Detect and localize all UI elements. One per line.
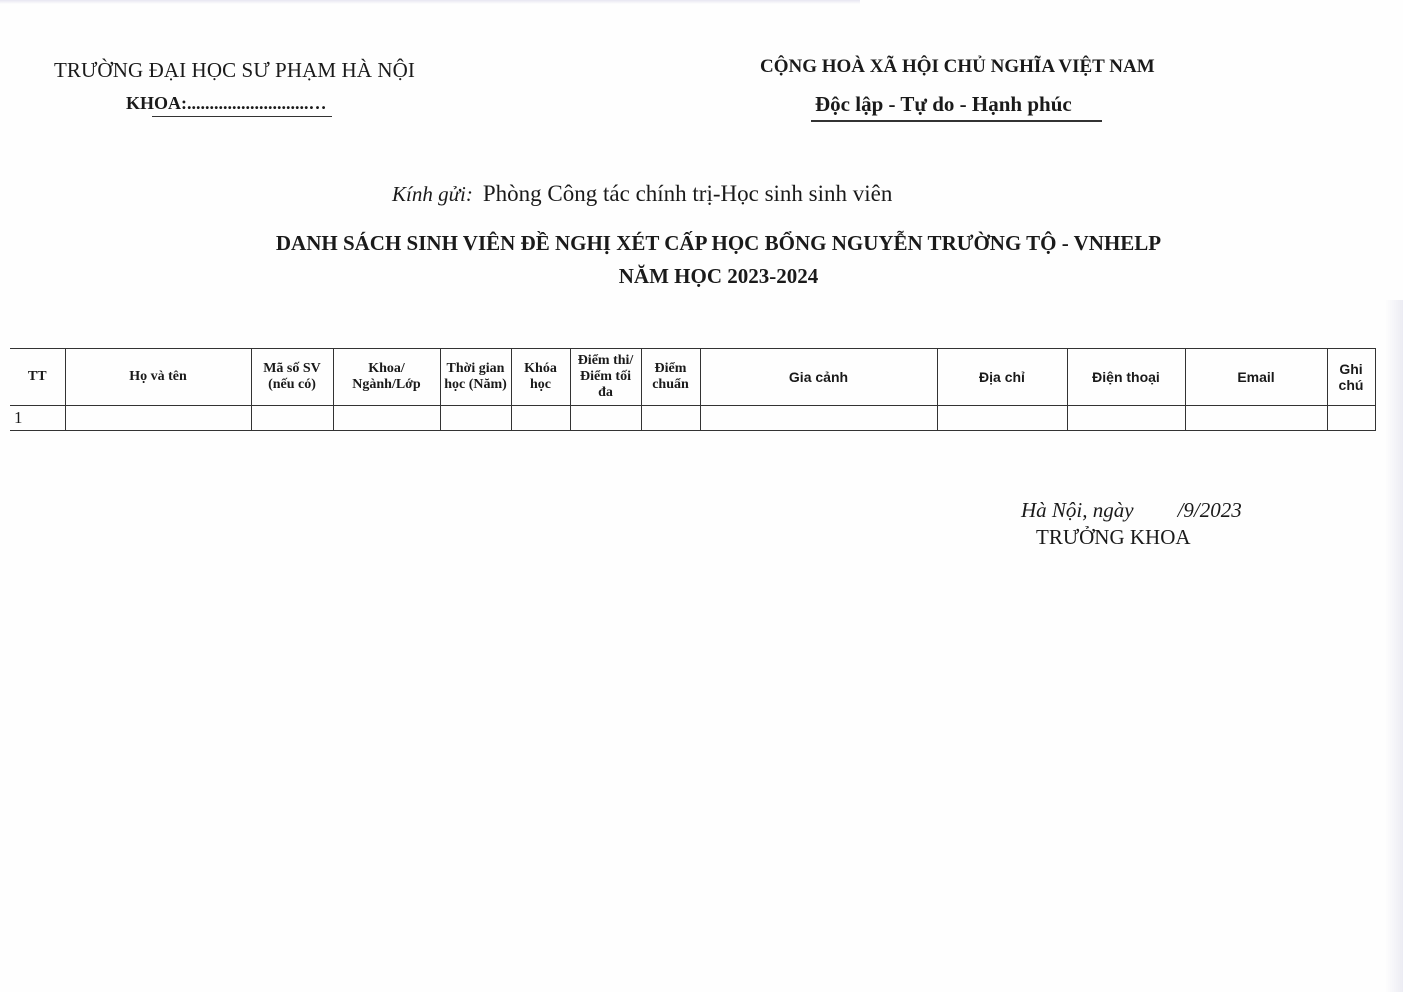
cell-family-circumstances — [700, 406, 937, 431]
student-list-table: TT Họ và tên Mã số SV (nếu có) Khoa/ Ngà… — [10, 348, 1376, 431]
recipient-label: Kính gửi: — [392, 182, 473, 206]
scan-edge-right — [1385, 300, 1403, 992]
column-header-address: Địa chỉ — [937, 349, 1067, 406]
table-header-row: TT Họ và tên Mã số SV (nếu có) Khoa/ Ngà… — [10, 349, 1375, 406]
nation-heading: CỘNG HOÀ XÃ HỘI CHỦ NGHĨA VIỆT NAM — [760, 56, 1155, 78]
column-header-email: Email — [1185, 349, 1327, 406]
cell-benchmark-score — [641, 406, 700, 431]
cell-phone — [1067, 406, 1185, 431]
cell-email — [1185, 406, 1327, 431]
cell-full-name — [65, 406, 251, 431]
column-header-phone: Điện thoại — [1067, 349, 1185, 406]
column-header-tt: TT — [10, 349, 65, 406]
cell-notes — [1327, 406, 1375, 431]
column-header-study-duration: Thời gian học (Năm) — [440, 349, 511, 406]
column-header-benchmark-score: Điểm chuẩn — [641, 349, 700, 406]
place-date-prefix: Hà Nội, ngày — [1021, 498, 1134, 522]
national-motto: Độc lập - Tự do - Hạnh phúc — [815, 92, 1072, 117]
cell-tt: 1 — [10, 406, 65, 431]
recipient-line: Kính gửi:Phòng Công tác chính trị-Học si… — [392, 181, 892, 207]
column-header-full-name: Họ và tên — [65, 349, 251, 406]
place-date-line: Hà Nội, ngày/9/2023 — [1021, 498, 1242, 523]
faculty-label: KHOA:...........................… — [126, 93, 327, 114]
document-subtitle: NĂM HỌC 2023-2024 — [0, 264, 1403, 289]
faculty-underline — [152, 116, 332, 117]
cell-cohort — [511, 406, 570, 431]
table-row: 1 — [10, 406, 1375, 431]
column-header-exam-score: Điểm thi/Điểm tối đa — [570, 349, 641, 406]
recipient-value: Phòng Công tác chính trị-Học sinh sinh v… — [483, 181, 893, 206]
cell-faculty-major-class — [333, 406, 440, 431]
signatory-title: TRƯỞNG KHOA — [1036, 525, 1191, 550]
cell-exam-score — [570, 406, 641, 431]
cell-address — [937, 406, 1067, 431]
cell-student-id — [251, 406, 333, 431]
cell-study-duration — [440, 406, 511, 431]
place-date-suffix: /9/2023 — [1178, 498, 1242, 522]
column-header-student-id: Mã số SV (nếu có) — [251, 349, 333, 406]
document-title: DANH SÁCH SINH VIÊN ĐỀ NGHỊ XÉT CẤP HỌC … — [0, 231, 1403, 256]
column-header-family-circumstances: Gia cảnh — [700, 349, 937, 406]
column-header-faculty-major-class: Khoa/ Ngành/Lớp — [333, 349, 440, 406]
scan-edge-top — [0, 0, 860, 4]
column-header-cohort: Khóa học — [511, 349, 570, 406]
column-header-notes: Ghi chú — [1327, 349, 1375, 406]
institution-name: TRƯỜNG ĐẠI HỌC SƯ PHẠM HÀ NỘI — [54, 58, 415, 83]
motto-underline — [811, 120, 1102, 122]
